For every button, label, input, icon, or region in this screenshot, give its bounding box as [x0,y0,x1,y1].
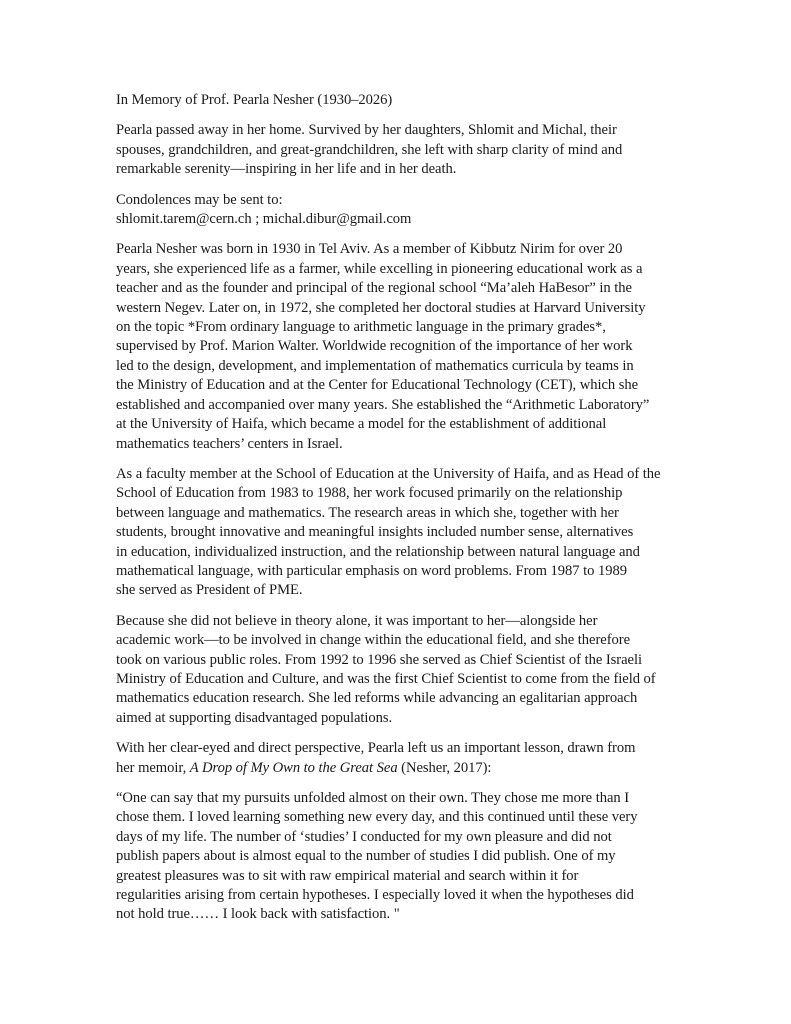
paragraph-public-roles: Because she did not believe in theory al… [116,612,686,728]
paragraph-faculty: As a faculty member at the School of Edu… [116,465,686,601]
text-line: she served as President of PME. [116,581,686,600]
text-line: teacher and as the founder and principal… [116,279,686,298]
quote-line: regularities arising from certain hypoth… [116,886,686,905]
condolences-label: Condolences may be sent to: [116,191,686,210]
text-line: on the topic *From ordinary language to … [116,318,686,337]
text-line: aimed at supporting disadvantaged popula… [116,709,686,728]
text-line: With her clear-eyed and direct perspecti… [116,739,686,758]
text-line: remarkable serenity—inspiring in her lif… [116,160,686,179]
quote-line: days of my life. The number of ‘studies’… [116,828,686,847]
paragraph-lesson-intro: With her clear-eyed and direct perspecti… [116,739,686,778]
email-link-michal[interactable]: michal.dibur@gmail.com [263,211,412,227]
email-separator: ; [252,211,263,227]
memoir-prefix: her memoir, [116,760,190,776]
email-link-shlomit[interactable]: shlomit.tarem@cern.ch [116,211,252,227]
text-line: her memoir, A Drop of My Own to the Grea… [116,759,686,778]
text-line: western Negev. Later on, in 1972, she co… [116,299,686,318]
text-line: Because she did not believe in theory al… [116,612,686,631]
memoir-citation: (Nesher, 2017): [398,760,492,776]
quote-line: chose them. I loved learning something n… [116,808,686,827]
text-line: Pearla passed away in her home. Survived… [116,121,686,140]
quote-line: “One can say that my pursuits unfolded a… [116,789,686,808]
paragraph-biography: Pearla Nesher was born in 1930 in Tel Av… [116,240,686,453]
text-line: spouses, grandchildren, and great-grandc… [116,141,686,160]
quote-line: greatest pleasures was to sit with raw e… [116,867,686,886]
paragraph-announcement: Pearla passed away in her home. Survived… [116,121,686,179]
text-line: between language and mathematics. The re… [116,504,686,523]
text-line: Ministry of Education and Culture, and w… [116,670,686,689]
document-title: In Memory of Prof. Pearla Nesher (1930–2… [116,91,686,110]
text-line: mathematical language, with particular e… [116,562,686,581]
text-line: Pearla Nesher was born in 1930 in Tel Av… [116,240,686,259]
text-line: As a faculty member at the School of Edu… [116,465,686,484]
text-line: mathematics teachers’ centers in Israel. [116,435,686,454]
text-line: the Ministry of Education and at the Cen… [116,376,686,395]
condolences-emails: shlomit.tarem@cern.ch ; michal.dibur@gma… [116,210,686,229]
quote-line: publish papers about is almost equal to … [116,847,686,866]
text-line: took on various public roles. From 1992 … [116,651,686,670]
text-line: established and accompanied over many ye… [116,396,686,415]
text-line: academic work—to be involved in change w… [116,631,686,650]
text-line: at the University of Haifa, which became… [116,415,686,434]
text-line: mathematics education research. She led … [116,689,686,708]
text-line: led to the design, development, and impl… [116,357,686,376]
text-line: students, brought innovative and meaning… [116,523,686,542]
text-line: years, she experienced life as a farmer,… [116,260,686,279]
memoir-title: A Drop of My Own to the Great Sea [190,760,398,776]
text-line: in education, individualized instruction… [116,543,686,562]
quote-line: not hold true…… I look back with satisfa… [116,905,686,924]
paragraph-condolences: Condolences may be sent to: shlomit.tare… [116,191,686,230]
text-line: supervised by Prof. Marion Walter. World… [116,337,686,356]
paragraph-memoir-quote: “One can say that my pursuits unfolded a… [116,789,686,925]
text-line: School of Education from 1983 to 1988, h… [116,484,686,503]
memorial-document: In Memory of Prof. Pearla Nesher (1930–2… [116,91,686,936]
